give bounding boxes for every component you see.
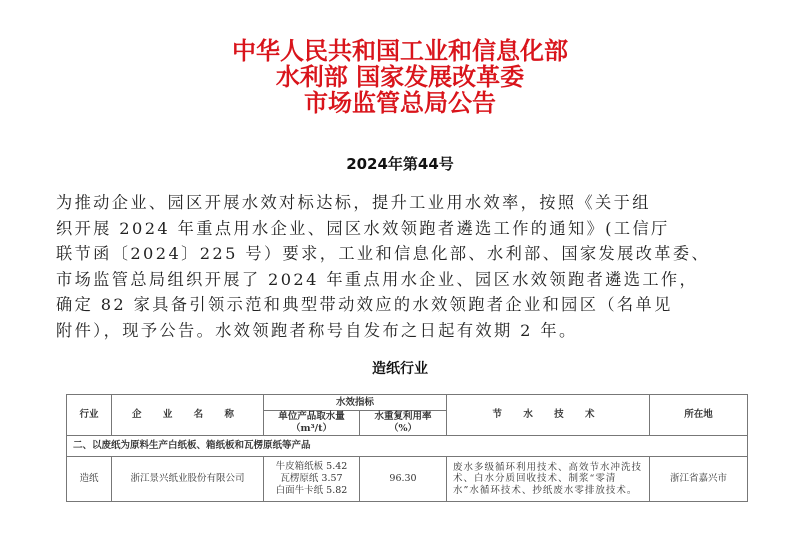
header-reuse-rate: 水重复利用率 （%）: [360, 411, 447, 436]
header-reuse-rate-label: 水重复利用率: [360, 411, 446, 423]
intake-line: 瓦楞原纸 3.57: [264, 473, 359, 485]
section-row: 二、以废纸为原料生产白纸板、箱纸板和瓦楞原纸等产品: [67, 436, 748, 457]
body-line: 确定 82 家具备引领示范和典型带动效应的水效领跑者企业和园区（名单见: [56, 292, 756, 318]
cell-reuse-rate: 96.30: [360, 457, 447, 502]
water-efficiency-table: 行业 企 业 名 称 水效指标 节 水 技 术 所在地 单位产品取水量 （m³/…: [66, 394, 748, 502]
header-water-index: 水效指标: [264, 395, 447, 411]
header-unit-intake: 单位产品取水量 （m³/t）: [264, 411, 360, 436]
header-company: 企 业 名 称: [112, 395, 264, 436]
header-unit-intake-unit: （m³/t）: [264, 423, 359, 435]
header-reuse-rate-unit: （%）: [360, 423, 446, 435]
body-line: 联节函〔2024〕225 号）要求，工业和信息化部、水利部、国家发展改革委、: [56, 241, 756, 267]
cell-company: 浙江景兴纸业股份有限公司: [112, 457, 264, 502]
issuer-title-line-1: 中华人民共和国工业和信息化部: [0, 38, 800, 64]
cell-location: 浙江省嘉兴市: [650, 457, 748, 502]
header-location: 所在地: [650, 395, 748, 436]
announcement-body: 为推动企业、园区开展水效对标达标，提升工业用水效率，按照《关于组 织开展 202…: [56, 190, 756, 344]
header-industry: 行业: [67, 395, 112, 436]
header-technology: 节 水 技 术: [447, 395, 650, 436]
issuer-title-line-2: 水利部 国家发展改革委: [0, 64, 800, 90]
body-line: 织开展 2024 年重点用水企业、园区水效领跑者遴选工作的通知》(工信厅: [56, 216, 756, 242]
table-row: 造纸 浙江景兴纸业股份有限公司 牛皮箱纸板 5.42 瓦楞原纸 3.57 白面牛…: [67, 457, 748, 502]
header-unit-intake-label: 单位产品取水量: [264, 411, 359, 423]
body-line: 市场监管总局组织开展了 2024 年重点用水企业、园区水效领跑者遴选工作，: [56, 267, 756, 293]
document-number: 2024年第44号: [0, 153, 800, 174]
issuer-title-line-3: 市场监管总局公告: [0, 90, 800, 116]
body-line: 为推动企业、园区开展水效对标达标，提升工业用水效率，按照《关于组: [56, 190, 756, 216]
cell-industry: 造纸: [67, 457, 112, 502]
intake-line: 牛皮箱纸板 5.42: [264, 461, 359, 473]
section-title: 造纸行业: [0, 358, 800, 378]
cell-technology: 废水多级循环利用技术、高效节水冲洗技术、白水分质回收技术、制浆“零清水”水循环技…: [447, 457, 650, 502]
cell-unit-intake: 牛皮箱纸板 5.42 瓦楞原纸 3.57 白面牛卡纸 5.82: [264, 457, 360, 502]
body-line: 附件），现予公告。水效领跑者称号自发布之日起有效期 2 年。: [56, 318, 756, 344]
intake-line: 白面牛卡纸 5.82: [264, 485, 359, 497]
